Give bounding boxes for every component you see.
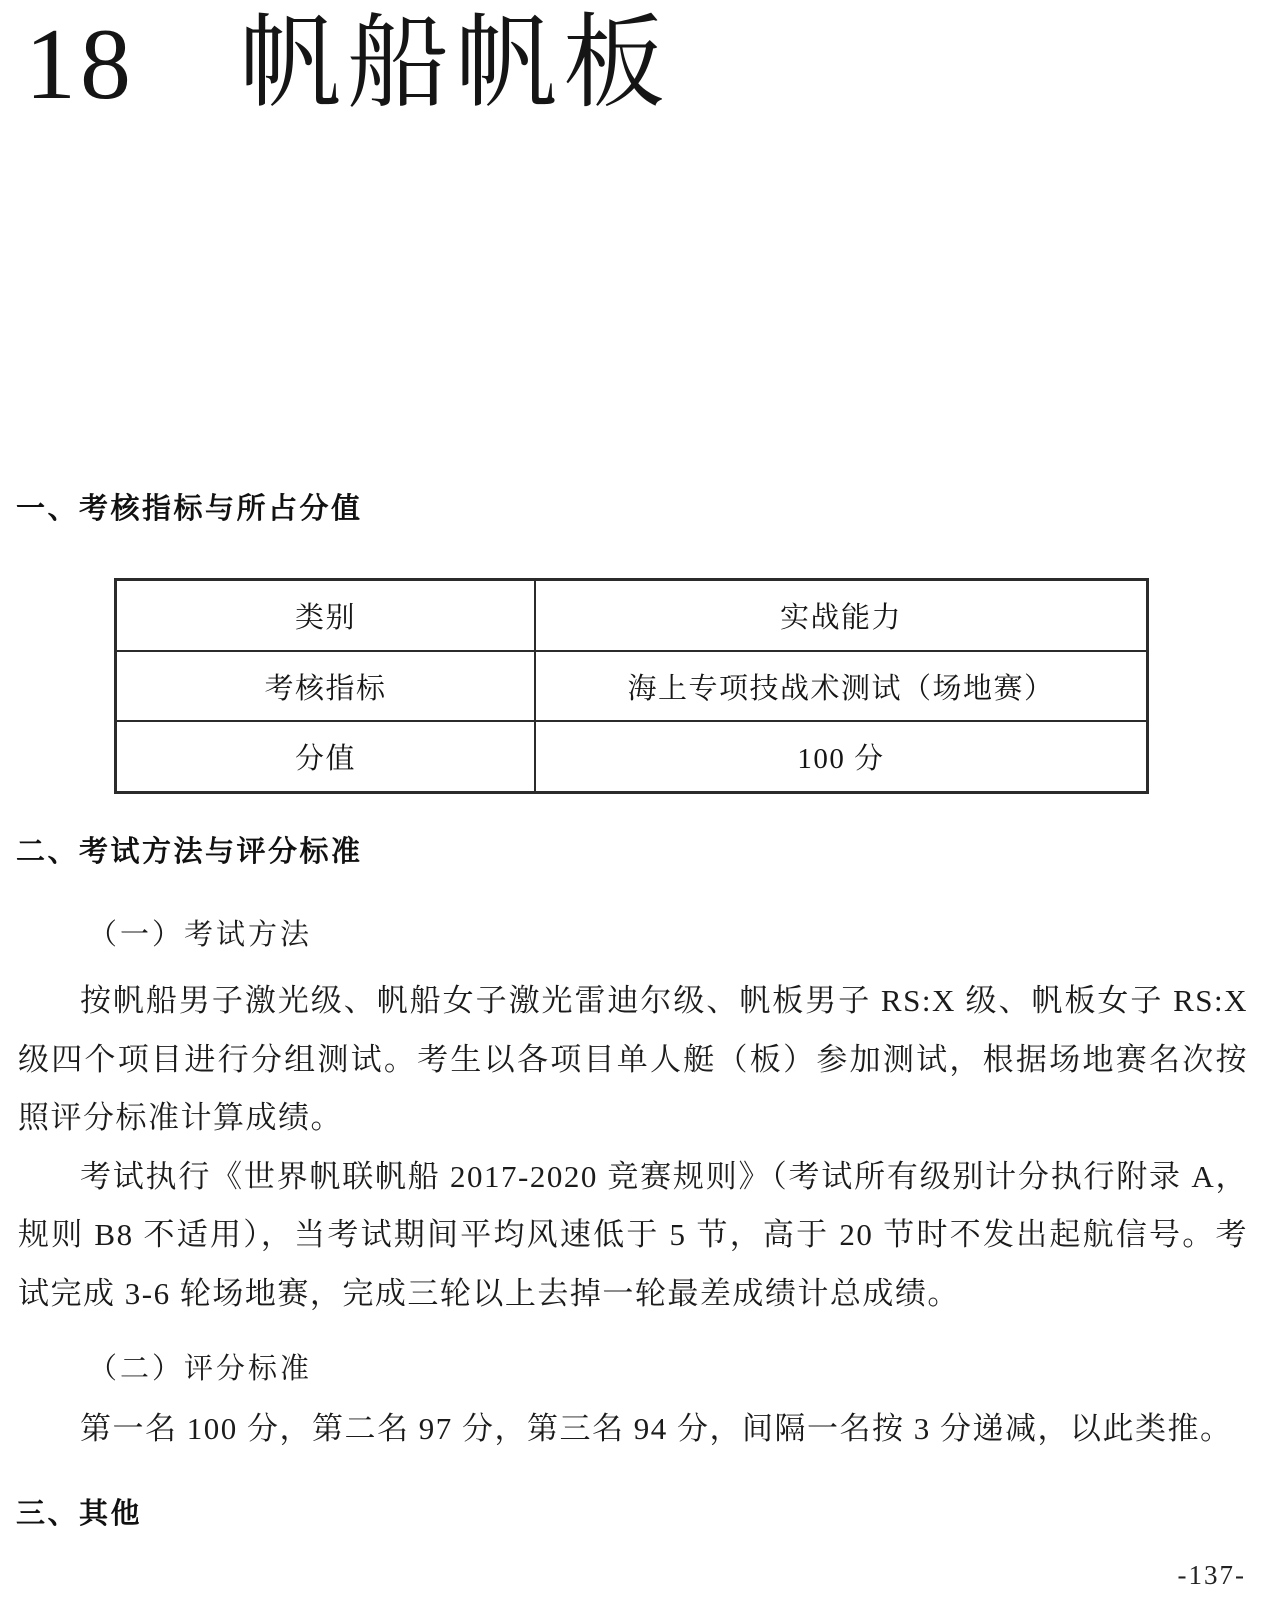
chapter-name: 帆船帆板: [239, 10, 671, 120]
table-cell-value: 100 分: [536, 722, 1146, 791]
subsection-heading-method: （一）考试方法: [88, 918, 312, 953]
table-cell-label: 分值: [117, 722, 536, 791]
method-paragraphs: 按帆船男子激光级、帆船女子激光雷迪尔级、帆板男子 RS:X 级、帆板女子 RS:…: [18, 972, 1248, 1323]
table-cell-label: 考核指标: [117, 652, 536, 721]
section-heading-2: 二、考试方法与评分标准: [16, 835, 363, 870]
chapter-title: 18 帆船帆板: [25, 10, 671, 120]
method-paragraph-2: 考试执行《世界帆联帆船 2017-2020 竞赛规则》（考试所有级别计分执行附录…: [18, 1148, 1248, 1324]
table-cell-value: 海上专项技战术测试（场地赛）: [536, 652, 1146, 721]
section-heading-3: 三、其他: [16, 1497, 142, 1532]
subsection-heading-scoring: （二）评分标准: [88, 1352, 312, 1387]
table-row: 分值 100 分: [117, 722, 1146, 791]
table-cell-label: 类别: [117, 581, 536, 650]
document-page: 18 帆船帆板 一、考核指标与所占分值 类别 实战能力 考核指标 海上专项技战术…: [0, 0, 1266, 1600]
assessment-table: 类别 实战能力 考核指标 海上专项技战术测试（场地赛） 分值 100 分: [114, 578, 1149, 794]
table-row: 考核指标 海上专项技战术测试（场地赛）: [117, 652, 1146, 723]
section-heading-1: 一、考核指标与所占分值: [16, 492, 363, 527]
scoring-paragraph-block: 第一名 100 分，第二名 97 分，第三名 94 分，间隔一名按 3 分递减，…: [18, 1400, 1248, 1459]
table-row: 类别 实战能力: [117, 581, 1146, 652]
scoring-paragraph: 第一名 100 分，第二名 97 分，第三名 94 分，间隔一名按 3 分递减，…: [18, 1400, 1248, 1459]
page-number: -137-: [1178, 1560, 1246, 1591]
method-paragraph-1: 按帆船男子激光级、帆船女子激光雷迪尔级、帆板男子 RS:X 级、帆板女子 RS:…: [18, 972, 1248, 1148]
chapter-number: 18: [25, 10, 135, 120]
table-cell-value: 实战能力: [536, 581, 1146, 650]
